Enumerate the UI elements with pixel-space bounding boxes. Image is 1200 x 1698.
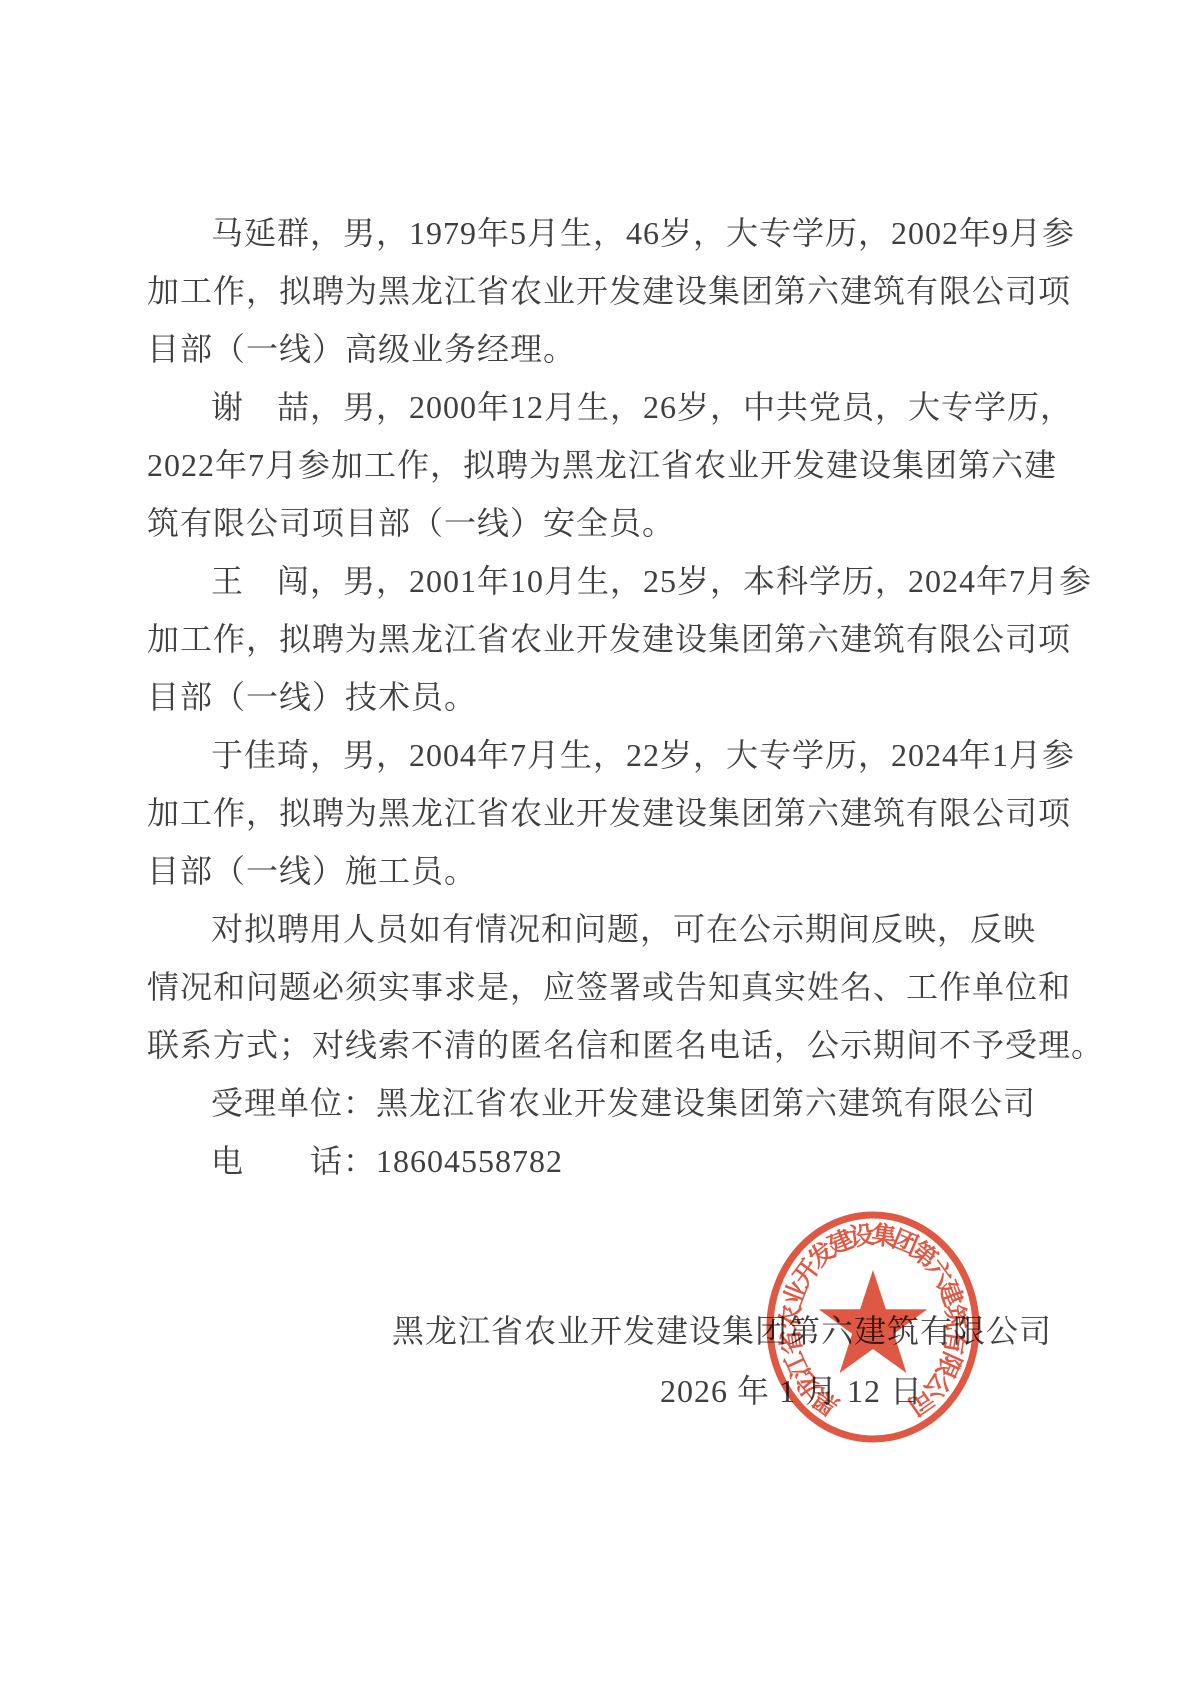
text-line: 目部（一线）技术员。 (147, 668, 1087, 726)
text-line: 对拟聘用人员如有情况和问题，可在公示期间反映，反映 (147, 900, 1087, 958)
text-line: 情况和问题必须实事求是，应签署或告知真实姓名、工作单位和 (147, 958, 1087, 1016)
text-line: 谢 喆，男，2000年12月生，26岁，中共党员，大专学历， (147, 378, 1087, 436)
star-icon (819, 1270, 927, 1373)
text-line: 加工作，拟聘为黑龙江省农业开发建设集团第六建筑有限公司项 (147, 262, 1087, 320)
document-page: 马延群，男，1979年5月生，46岁，大专学历，2002年9月参 加工作，拟聘为… (0, 0, 1200, 1698)
text-line: 加工作，拟聘为黑龙江省农业开发建设集团第六建筑有限公司项 (147, 610, 1087, 668)
contact-unit-line: 受理单位：黑龙江省农业开发建设集团第六建筑有限公司 (147, 1074, 1087, 1132)
notice-body: 马延群，男，1979年5月生，46岁，大专学历，2002年9月参 加工作，拟聘为… (147, 204, 1087, 1190)
text-line: 目部（一线）高级业务经理。 (147, 320, 1087, 378)
text-line: 2022年7月参加工作，拟聘为黑龙江省农业开发建设集团第六建 (147, 436, 1087, 494)
text-line: 王 闯，男，2001年10月生，25岁，本科学历，2024年7月参 (147, 552, 1087, 610)
text-line: 目部（一线）施工员。 (147, 842, 1087, 900)
text-line: 联系方式；对线索不清的匿名信和匿名电话，公示期间不予受理。 (147, 1016, 1087, 1074)
text-line: 于佳琦，男，2004年7月生，22岁，大专学历，2024年1月参 (147, 726, 1087, 784)
contact-phone-line: 电 话：18604558782 (147, 1132, 1087, 1190)
text-line: 加工作，拟聘为黑龙江省农业开发建设集团第六建筑有限公司项 (147, 784, 1087, 842)
official-seal: 黑龙江省农业开发建设集团第六建筑有限公司 (762, 1208, 984, 1446)
text-line: 筑有限公司项目部（一线）安全员。 (147, 494, 1087, 552)
text-line: 马延群，男，1979年5月生，46岁，大专学历，2002年9月参 (147, 204, 1087, 262)
